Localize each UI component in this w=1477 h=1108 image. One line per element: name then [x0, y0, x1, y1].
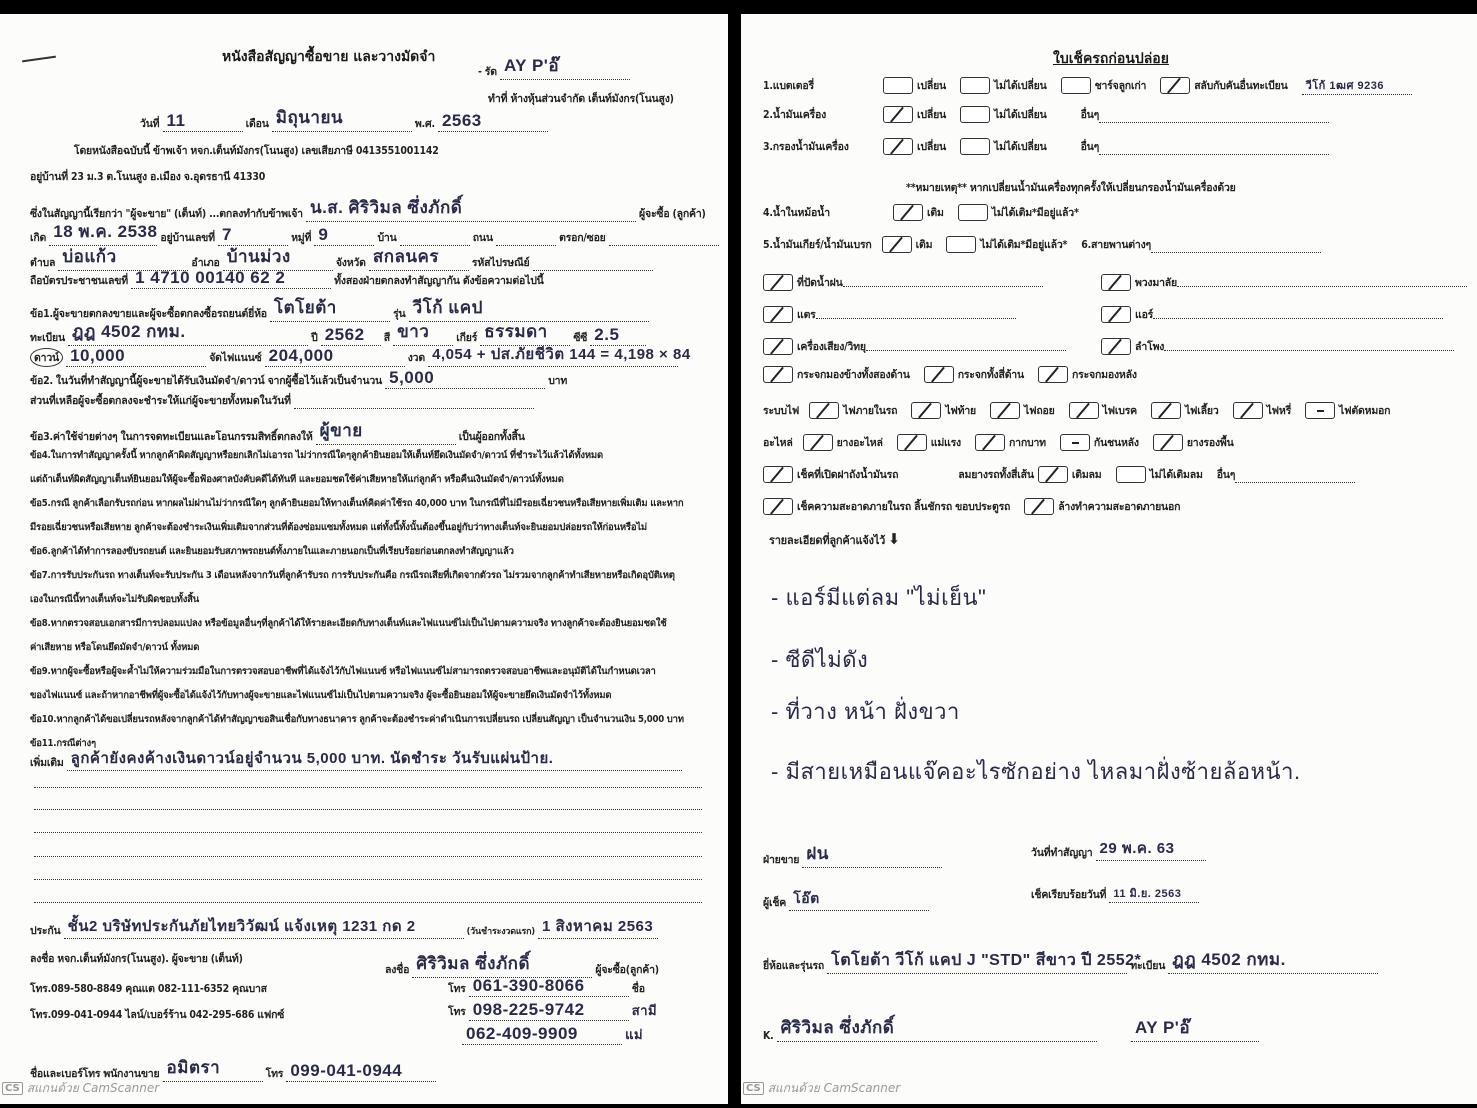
engine-oil-option: ไม่ได้เปลี่ยน	[960, 106, 1047, 123]
lights-checkbox[interactable]	[1233, 402, 1263, 419]
lights-option-label: ไฟถอย	[1024, 402, 1055, 419]
lights-option: ไฟหรี่	[1233, 402, 1291, 419]
contract-clauses: ข้อ4.ในการทำสัญญาครั้งนี้ หากลูกค้าผิดสั…	[30, 444, 705, 756]
check-left-checkbox[interactable]	[763, 274, 793, 291]
lights-option: ไฟท้าย	[911, 402, 976, 419]
mirror-option: กระจกมองหลัง	[1038, 366, 1137, 383]
battery-option-label: ไม่ได้เปลี่ยน	[994, 77, 1047, 94]
buyer-tel-2-note: สามี	[632, 1003, 657, 1018]
radiator-checkbox[interactable]	[958, 204, 988, 221]
k-label: K.	[763, 1030, 774, 1042]
swap-plate: วีโก้ 1ฒศ 9236	[1302, 76, 1412, 95]
check-left-checkbox[interactable]	[763, 306, 793, 323]
baht-label: บาท	[548, 375, 567, 387]
customer-note: - ซีดีไม่ดัง	[771, 642, 868, 677]
insurance-label: ประกัน	[30, 925, 60, 937]
sales-label: ฝ่ายขาย	[763, 854, 799, 866]
month-label: เดือน	[246, 118, 269, 130]
lights-checkbox[interactable]	[1069, 402, 1099, 419]
clause-line: ข้อ8.หากตรวจสอบเอกสารมีการปลอมแปลง หรือข…	[30, 612, 705, 636]
parts-checkbox[interactable]	[1153, 434, 1183, 451]
lights-option-label: ไฟตัดหมอก	[1339, 402, 1390, 419]
car-info: โตโยต้า วีโก้ แคป J "STD" สีขาว ปี 2552*	[827, 948, 1127, 974]
check-right-checkbox[interactable]	[1101, 274, 1131, 291]
clause-line: ข้อ5.กรณี ลูกค้าเลือกรับรถก่อน หากผลไม่ผ…	[30, 492, 705, 516]
clause-2b-label: ส่วนที่เหลือผู้จะซื้อตกลงจะชำระให้แก่ผู้…	[30, 395, 291, 407]
fuel-cap-label: เช็คที่เปิดฝาถังน้ำมันรถ	[797, 466, 898, 483]
belts-label: 6.สายพานต่างๆ	[1081, 236, 1151, 253]
installment-label: งวด	[408, 352, 425, 364]
check-left-item: แตร	[763, 298, 1066, 330]
buyer-tel-3-note: แม่	[625, 1027, 643, 1042]
clause-line: แต่ถ้าเต็นท์ผิดสัญญาเต็นท์ยินยอมให้ผู้จะ…	[30, 468, 705, 492]
salesperson-tel-label: โทร	[266, 1068, 284, 1080]
clause-line: ข้อ6.ลูกค้าได้ทำการลองขับรถยนต์ และยินยอ…	[30, 540, 705, 564]
battery-checkbox[interactable]	[1061, 77, 1091, 94]
battery-checkbox[interactable]	[883, 77, 913, 94]
engine-oil-row: 2.น้ำมันเครื่อง เปลี่ยนไม่ได้เปลี่ยน อื่…	[763, 106, 1329, 123]
lights-option: ไฟเลี้ยว	[1151, 402, 1219, 419]
parts-row: อะไหล่ ยางอะไหล่แม่แรงกากบาทกันชนหลังยาง…	[763, 434, 1248, 451]
date-month: มิถุนายน	[272, 104, 412, 132]
lights-option: ไฟถอย	[990, 402, 1055, 419]
checklist-title: ใบเช็ครถก่อนปล่อย	[1053, 48, 1169, 70]
watermark-text: สแกนด้วย CamScanner	[27, 1079, 159, 1098]
battery-option: ไม่ได้เปลี่ยน	[960, 77, 1047, 94]
finance-label: จัดไฟแนนซ์	[209, 352, 261, 364]
radiator-option-label: ไม่ได้เติม*มีอยู่แล้ว*	[992, 204, 1079, 221]
mirror-option-label: กระจกทั้งสี่ด้าน	[958, 366, 1024, 383]
parts-option: ยางอะไหล่	[803, 434, 883, 451]
battery-checkbox[interactable]	[960, 77, 990, 94]
oil-filter-option-label: ไม่ได้เปลี่ยน	[994, 138, 1047, 155]
day-label: วันที่	[140, 118, 159, 130]
seller-sign: หจก.เต็นท์มังกร(โนนสูง).	[57, 953, 168, 965]
tires-checkbox[interactable]	[1116, 466, 1146, 483]
parts-option-label: ยางรองพื้น	[1187, 434, 1234, 451]
district: บ้านม่วง	[223, 243, 333, 271]
parts-checkbox[interactable]	[897, 434, 927, 451]
year-label: พ.ศ.	[415, 118, 435, 130]
oil-filter-row: 3.กรองน้ำมันเครื่อง เปลี่ยนไม่ได้เปลี่ยน…	[763, 138, 1329, 155]
check-right-item: พวงมาลัย	[1101, 266, 1467, 298]
battery-option-label: เปลี่ยน	[917, 77, 946, 94]
first-payment-date: 1 สิงหาคม 2563	[538, 914, 658, 939]
lights-option-label: ไฟท้าย	[945, 402, 976, 419]
blank-line	[34, 902, 702, 903]
gear-brake-option-label: ไม่ได้เติม*มีอยู่แล้ว*	[980, 236, 1067, 253]
clause-line: ของไฟแนนซ์ และถ้าหากอาชีพที่ผู้จะซื้อได้…	[30, 684, 705, 708]
lights-checkbox[interactable]	[1305, 402, 1335, 419]
birth-date: 18 พ.ค. 2538	[49, 218, 157, 246]
first-payment-label: (วันชำระงวดแรก)	[467, 927, 535, 937]
battery-option-label: สลับกับคันอื่นทะเบียน	[1194, 77, 1287, 94]
parts-option-label: ยางอะไหล่	[837, 434, 883, 451]
tel-label: โทร	[448, 1006, 466, 1018]
oil-filter-option-label: เปลี่ยน	[917, 138, 946, 155]
id-suffix: ทั้งสองฝ่ายตกลงทำสัญญากัน ดังข้อความต่อไ…	[334, 275, 543, 287]
id-label: ถือบัตรประชาชนเลขที่	[30, 275, 128, 287]
battery-checkbox[interactable]	[1160, 77, 1190, 94]
customer-notes-label: รายละเอียดที่ลูกค้าแจ้งไว้	[769, 534, 885, 547]
check-left-option: เครื่องเสียง/วิทยุ	[763, 338, 866, 355]
parts-label: อะไหล่	[763, 434, 793, 451]
mirror-option-label: กระจกมองข้างทั้งสองด้าน	[797, 366, 910, 383]
buyer-tel-1: 061-390-8066	[469, 976, 629, 997]
customer-note: - ที่วาง หน้า ฝั่งขวา	[771, 694, 960, 729]
engine-oil-option-label: ไม่ได้เปลี่ยน	[994, 106, 1047, 123]
cleaning-checkbox[interactable]	[1024, 498, 1054, 515]
buyer-sign-suffix: ผู้จะซื้อ(ลูกค้า)	[595, 964, 659, 976]
checklist-items-left: ที่ปัดน้ำฝนแตรเครื่องเสียง/วิทยุ	[763, 266, 1066, 362]
cleaning-option-label: ล้างทำความสะอาดภายนอก	[1058, 498, 1180, 515]
lights-checkbox[interactable]	[911, 402, 941, 419]
parts-option: แม่แรง	[897, 434, 961, 451]
oil-filter-label: 3.กรองน้ำมันเครื่อง	[763, 138, 873, 155]
address-line: อยู่บ้านที่ 23 ม.3 ต.โนนสูง อ.เมือง จ.อุ…	[30, 168, 265, 185]
tel-label: โทร	[448, 983, 466, 995]
mirror-option-label: กระจกมองหลัง	[1072, 366, 1137, 383]
radiator-row: 4.น้ำในหม้อน้ำ เติมไม่ได้เติม*มีอยู่แล้ว…	[763, 204, 1093, 221]
seller-sign-suffix: ผู้จะขาย (เต็นท์)	[172, 953, 243, 965]
contract-date: 29 พ.ค. 63	[1096, 836, 1206, 861]
check-left-option: แตร	[763, 306, 816, 323]
check-right-item: แอร์	[1101, 298, 1467, 330]
clause-line: ข้อ9.หากผู้จะซื้อหรือผู้จะค้ำไม่ให้ความร…	[30, 660, 705, 684]
battery-label: 1.แบตเตอรี่	[763, 77, 873, 94]
pen-mark	[22, 56, 56, 63]
fuel-cap-checkbox[interactable]	[763, 466, 793, 483]
remark: **หมายเหตุ** หากเปลี่ยนน้ำมันเครื่องทุกค…	[906, 179, 1236, 196]
checker-name: โอ๊ต	[789, 888, 929, 911]
radiator-option: ไม่ได้เติม*มีอยู่แล้ว*	[958, 204, 1079, 221]
buyer-tel-2: 098-225-9742	[469, 1000, 629, 1021]
gear-brake-option: เติม	[882, 236, 933, 253]
k-name: ศิริวิมล ซึ่งภักดิ์	[777, 1014, 1097, 1042]
buyer-sign-label: ลงชื่อ	[385, 964, 409, 976]
check-right-option-label: พวงมาลัย	[1135, 274, 1177, 291]
blank-line	[34, 856, 702, 857]
customer-note: - มีสายเหมือนแจ๊คอะไรซักอย่าง ไหลมาฝั่งซ…	[771, 754, 1301, 789]
oil-filter-checkbox[interactable]	[960, 138, 990, 155]
parts-checkbox[interactable]	[1060, 434, 1090, 451]
camscanner-logo-icon: CS	[2, 1082, 23, 1095]
radiator-checkbox[interactable]	[893, 204, 923, 221]
parts-option: กันชนหลัง	[1060, 434, 1139, 451]
check-left-option-label: เครื่องเสียง/วิทยุ	[797, 338, 866, 355]
gear-brake-option: ไม่ได้เติม*มีอยู่แล้ว*	[946, 236, 1067, 253]
checklist-plate: ฎฎ 4502 กทม.	[1168, 946, 1378, 974]
battery-option: ชาร์จลูกเก่า	[1061, 77, 1147, 94]
clause-line: มีรอยเฉี่ยวชนหรือเสียหาย ลูกค้าจะต้องชำร…	[30, 516, 705, 540]
tires-option: เติมลม	[1038, 466, 1102, 483]
mirror-option: กระจกทั้งสี่ด้าน	[924, 366, 1024, 383]
lights-checkbox[interactable]	[1151, 402, 1181, 419]
lights-option-label: ไฟหรี่	[1267, 402, 1291, 419]
salesperson-tel: 099-041-0944	[286, 1061, 436, 1082]
clause-3-suffix: เป็นผู้ออกทั้งสิ้น	[459, 431, 525, 443]
seller-sign-label: ลงชื่อ	[30, 953, 54, 965]
lights-option-label: ไฟภายในรถ	[843, 402, 897, 419]
customer-note: - แอร์มีแต่ลม "ไม่เย็น"	[771, 580, 986, 615]
battery-row: 1.แบตเตอรี่ เปลี่ยนไม่ได้เปลี่ยนชาร์จลูก…	[763, 76, 1412, 95]
lights-row: ระบบไฟ ไฟภายในรถไฟท้ายไฟถอยไฟเบรคไฟเลี้ย…	[763, 402, 1404, 419]
cleaning-option-label: เช็คความสะอาดภายในรถ ลิ้นชักรถ ขอบประตูร…	[797, 498, 1010, 515]
oil-filter-option: ไม่ได้เปลี่ยน	[960, 138, 1047, 155]
check-right-option: ลำโพง	[1101, 338, 1164, 355]
lights-option-label: ไฟเบรค	[1103, 402, 1137, 419]
extra-note: ลูกค้ายังคงค้างเงินดาวน์อยู่จำนวน 5,000 …	[67, 746, 682, 771]
tires-other-label: อื่นๆ	[1217, 466, 1236, 483]
radiator-label: 4.น้ำในหม้อน้ำ	[763, 204, 883, 221]
tires-option-label: เติมลม	[1072, 466, 1102, 483]
buyer-signature: ศิริวิมล ซึ่งภักดิ์	[412, 950, 592, 978]
contact-line-2: โทร.099-041-0944 ไลน์/เบอร์ร้าน 042-295-…	[30, 1006, 284, 1023]
checked-date-label: เช็คเรียบร้อยวันที่	[1031, 889, 1106, 901]
parts-option-label: แม่แรง	[931, 434, 961, 451]
blank-line	[34, 879, 702, 880]
check-left-option-label: ที่ปัดน้ำฝน	[797, 274, 843, 291]
car-code-label: - รัด	[478, 66, 497, 78]
gear-brake-label: 5.น้ำมันเกียร์/น้ำมันเบรก	[763, 236, 872, 253]
tires-option-label: ไม่ได้เติมลม	[1150, 466, 1203, 483]
check-right-option-label: แอร์	[1135, 306, 1153, 323]
clause-line: เองในกรณีนี้ทางเต็นท์จะไม่รับผิดชอบทั้งส…	[30, 588, 705, 612]
blank-line	[34, 809, 702, 810]
checked-date: 11 มิ.ย. 2563	[1109, 884, 1199, 903]
contract-page: หนังสือสัญญาซื้อขาย และวางมัดจำ - รัด AY…	[0, 14, 728, 1104]
fees-payer: ผู้ขาย	[316, 417, 456, 445]
date-year: 2563	[438, 111, 548, 132]
lights-option-label: ไฟเลี้ยว	[1185, 402, 1219, 419]
cleaning-checkbox[interactable]	[763, 498, 793, 515]
checklist-page: ใบเช็ครถก่อนปล่อย 1.แบตเตอรี่ เปลี่ยนไม่…	[741, 14, 1477, 1104]
blank-line	[34, 832, 702, 833]
scanner-watermark: CS สแกนด้วย CamScanner	[743, 1079, 900, 1098]
installment: 4,054 + ปส.ภัยชีวิต 144 = 4,198 × 84	[428, 342, 678, 367]
clause-line: ข้อ7.การรับประกันรถ ทางเต็นท์จะรับประกัน…	[30, 564, 705, 588]
check-right-option: พวงมาลัย	[1101, 274, 1177, 291]
watermark-text: สแกนด้วย CamScanner	[768, 1079, 900, 1098]
mirror-checkbox[interactable]	[763, 366, 793, 383]
tires-checkbox[interactable]	[1038, 466, 1068, 483]
check-left-option: ที่ปัดน้ำฝน	[763, 274, 843, 291]
engine-oil-option-label: เปลี่ยน	[917, 106, 946, 123]
checklist-items-right: พวงมาลัยแอร์ลำโพง	[1101, 266, 1467, 362]
parts-option: กากบาท	[975, 434, 1046, 451]
lights-checkbox[interactable]	[990, 402, 1020, 419]
engine-oil-other-label: อื่นๆ	[1081, 106, 1100, 123]
date-day: 11	[163, 111, 243, 132]
battery-option: สลับกับคันอื่นทะเบียน	[1160, 77, 1287, 94]
check-right-checkbox[interactable]	[1101, 338, 1131, 355]
down-payment: 10,000	[66, 346, 206, 367]
lights-option: ไฟเบรค	[1069, 402, 1137, 419]
checklist-plate-label: ทะเบียน	[1130, 960, 1165, 972]
deposit-amount: 5,000	[385, 368, 545, 389]
check-right-item: ลำโพง	[1101, 330, 1467, 362]
lights-option: ไฟตัดหมอก	[1305, 402, 1390, 419]
tires-label: ลมยางรถทั้งสี่เส้น	[958, 466, 1034, 483]
engine-oil-option: เปลี่ยน	[883, 106, 946, 123]
gear-brake-checkbox[interactable]	[946, 236, 976, 253]
clause-3-label: ข้อ3.ค่าใช้จ่ายต่างๆ ในการจดทะเบียนและโอ…	[30, 431, 313, 443]
check-left-item: ที่ปัดน้ำฝน	[763, 266, 1066, 298]
id-number: 1 4710 00140 62 2	[131, 268, 331, 289]
cleaning-row: เช็คความสะอาดภายในรถ ลิ้นชักรถ ขอบประตูร…	[763, 498, 1194, 515]
oil-filter-other-label: อื่นๆ	[1081, 138, 1100, 155]
parts-checkbox[interactable]	[803, 434, 833, 451]
blank-line	[34, 787, 702, 788]
check-right-option: แอร์	[1101, 306, 1153, 323]
check-left-checkbox[interactable]	[763, 338, 793, 355]
check-right-option-label: ลำโพง	[1135, 338, 1164, 355]
cleaning-option: เช็คความสะอาดภายในรถ ลิ้นชักรถ ขอบประตูร…	[763, 498, 1010, 515]
engine-oil-label: 2.น้ำมันเครื่อง	[763, 106, 873, 123]
radiator-option-label: เติม	[927, 204, 944, 221]
lights-label: ระบบไฟ	[763, 402, 799, 419]
extra-label: เพิ่มเติม	[30, 757, 64, 769]
clause-line: ข้อ10.หากลูกค้าได้ขอเปลี่ยนรถหลังจากลูกค…	[30, 708, 705, 732]
engine-oil-checkbox[interactable]	[883, 106, 913, 123]
intro-line: โดยหนังสือฉบับนี้ ข้าพเจ้า หจก.เต็นท์มัง…	[74, 142, 439, 159]
subdistrict: บ่อแก้ว	[58, 243, 188, 271]
scanner-watermark: CS สแกนด้วย CamScanner	[2, 1079, 159, 1098]
oil-filter-option: เปลี่ยน	[883, 138, 946, 155]
contact-line-1: โทร.089-580-8849 คุณแต 082-111-6352 คุณบ…	[30, 980, 267, 997]
k-car: AY P'อ๊	[1131, 1014, 1259, 1042]
parts-option: ยางรองพื้น	[1153, 434, 1234, 451]
province: สกลนคร	[369, 243, 469, 271]
engine-oil-checkbox[interactable]	[960, 106, 990, 123]
sales-name: ฝน	[802, 840, 942, 868]
gear-brake-option-label: เติม	[916, 236, 933, 253]
checker-label: ผู้เช็ค	[763, 897, 786, 909]
cleaning-option: ล้างทำความสะอาดภายนอก	[1024, 498, 1180, 515]
mirror-checkbox[interactable]	[924, 366, 954, 383]
radiator-option: เติม	[893, 204, 944, 221]
check-right-checkbox[interactable]	[1101, 306, 1131, 323]
battery-option: เปลี่ยน	[883, 77, 946, 94]
lights-option: ไฟภายในรถ	[809, 402, 897, 419]
salesperson-name: อมิตรา	[163, 1054, 263, 1082]
check-left-item: เครื่องเสียง/วิทยุ	[763, 330, 1066, 362]
car-code: AY P'อ๊	[500, 52, 630, 80]
customer-notes-heading: รายละเอียดที่ลูกค้าแจ้งไว้ ⬇	[769, 530, 900, 549]
tires-option: ไม่ได้เติมลม	[1116, 466, 1203, 483]
parts-checkbox[interactable]	[975, 434, 1005, 451]
parts-option-label: กันชนหลัง	[1094, 434, 1139, 451]
clause-line: ข้อ4.ในการทำสัญญาครั้งนี้ หากลูกค้าผิดสั…	[30, 444, 705, 468]
mirror-option: กระจกมองข้างทั้งสองด้าน	[763, 366, 910, 383]
contract-date-label: วันที่ทำสัญญา	[1031, 847, 1092, 859]
clause-line: ค่าเสียหาย หรือโดนยึดมัดจำ/ดาวน์ ทั้งหมด	[30, 636, 705, 660]
buyer-tel-1-note: ชื่อ	[632, 983, 645, 995]
finance-amount: 204,000	[265, 346, 405, 367]
down-label: ดาวน์	[30, 348, 63, 367]
lights-checkbox[interactable]	[809, 402, 839, 419]
car-info-label: ยี่ห้อและรุ่นรถ	[763, 960, 824, 972]
oil-filter-checkbox[interactable]	[883, 138, 913, 155]
mirrors-row: กระจกมองข้างทั้งสองด้านกระจกทั้งสี่ด้านก…	[763, 366, 1151, 383]
battery-option-label: ชาร์จลูกเก่า	[1095, 77, 1147, 94]
contract-title: หนังสือสัญญาซื้อขาย และวางมัดจำ	[222, 46, 435, 68]
fuel-tires-row: เช็คที่เปิดฝาถังน้ำมันรถ ลมยางรถทั้งสี่เ…	[763, 466, 1355, 483]
insurance-value: ชั้น2 บริษัทประกันภัยไทยวิวัฒน์ แจ้งเหตุ…	[64, 914, 464, 939]
clause-2-label: ข้อ2. ในวันที่ทำสัญญานี้ผู้จะขายได้รับเง…	[30, 375, 382, 387]
check-left-option-label: แตร	[797, 306, 816, 323]
gear-brake-row: 5.น้ำมันเกียร์/น้ำมันเบรก เติมไม่ได้เติม…	[763, 236, 1321, 253]
parts-option-label: กากบาท	[1009, 434, 1046, 451]
mirror-checkbox[interactable]	[1038, 366, 1068, 383]
camscanner-logo-icon: CS	[743, 1082, 764, 1095]
arrow-down-icon: ⬇	[888, 530, 899, 548]
buyer-tel-3: 062-409-9909	[462, 1024, 622, 1045]
gear-brake-checkbox[interactable]	[882, 236, 912, 253]
